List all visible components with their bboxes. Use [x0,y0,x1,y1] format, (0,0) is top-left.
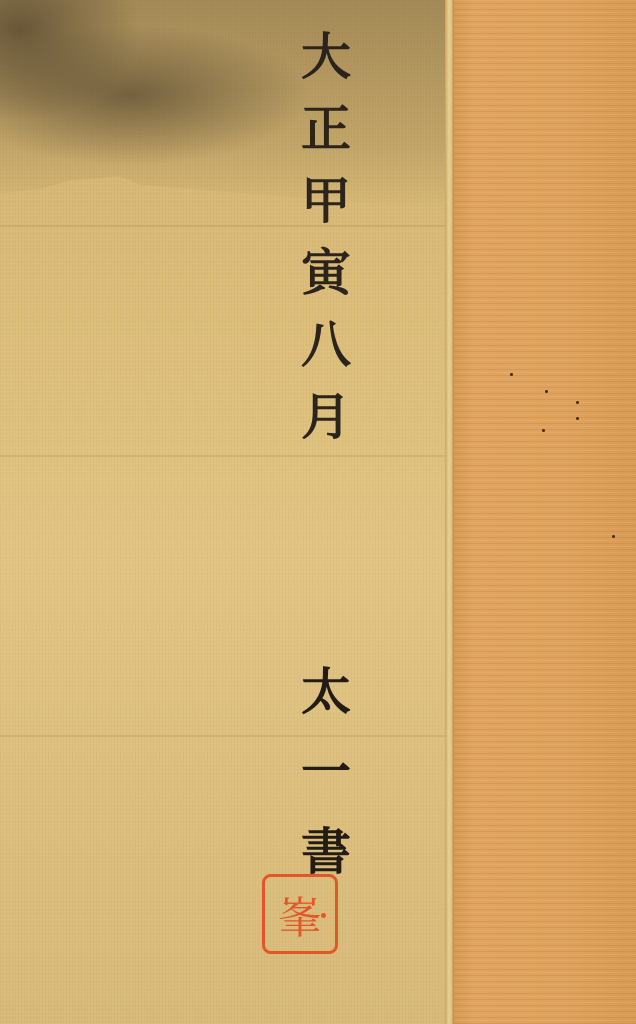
seal-dot [321,913,326,918]
red-artist-seal: 峯 [262,874,338,954]
artist-signature: 太一書 [282,665,362,905]
foxing-speck [576,401,579,404]
silk-fold-line [0,455,447,457]
mount-border-strip [445,0,454,1024]
orange-silk-mount [454,0,636,1024]
silk-fold-line [0,225,447,227]
date-inscription: 大正甲寅八月 [282,30,362,462]
foxing-speck [612,535,615,538]
seal-character: 峯 [278,882,322,946]
ink-wash-cloud [0,0,447,210]
foxing-speck [545,390,548,393]
foxing-speck [576,417,579,420]
foxing-speck [542,429,545,432]
silk-fold-line [0,735,447,737]
foxing-speck [510,373,513,376]
